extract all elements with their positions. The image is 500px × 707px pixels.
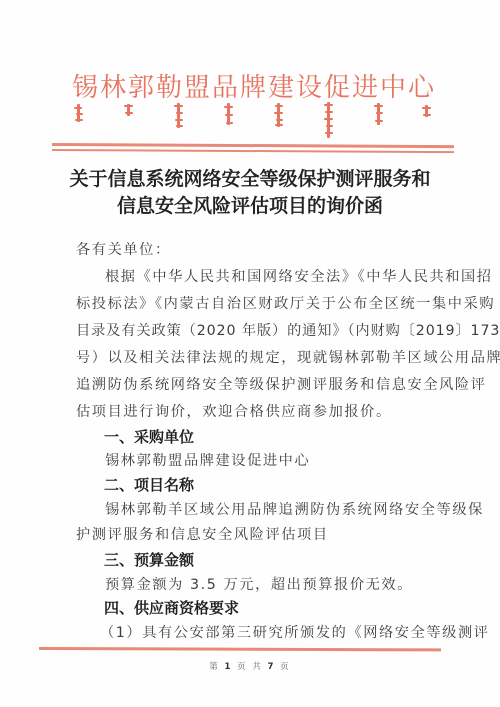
org-name-char: 盟	[184, 72, 210, 104]
section-heading-budget: 三、预算金额	[104, 550, 194, 570]
org-name-char: 郭	[128, 72, 154, 104]
section-heading-purchaser: 一、采购单位	[104, 427, 194, 447]
intro-line: 追溯防伪系统网络安全等级保护测评服务和信息安全风险评	[76, 375, 436, 395]
org-name-char: 林	[100, 72, 126, 104]
section-text-purchaser: 锡林郭勒盟品牌建设促进中心	[105, 451, 437, 471]
footer-divider	[39, 647, 441, 651]
org-name-char: 锡	[72, 72, 98, 104]
document-title-line-2: 信息安全风险评估项目的询价函	[60, 193, 440, 220]
current-page-number: 1	[225, 662, 233, 672]
org-name-char: 牌	[240, 72, 266, 104]
intro-line: 号）以及相关法律法规的规定，现就锡林郭勒羊区域公用品牌	[76, 348, 436, 368]
org-name-char: 勒	[156, 72, 182, 104]
section-text-project-name: 护测评服务和信息安全风险评估项目	[76, 525, 436, 545]
org-name-char: 设	[296, 72, 322, 104]
org-name-char: 建	[268, 72, 294, 104]
page-number-footer: 第 1 页 共 7 页	[0, 660, 500, 672]
section-heading-supplier-requirements: 四、供应商资格要求	[104, 598, 239, 618]
letterhead-divider-thin	[52, 149, 454, 153]
section-text-project-name: 锡林郭勒羊区域公用品牌追溯防伪系统网络安全等级保	[105, 500, 437, 520]
org-name-char: 进	[352, 72, 378, 104]
letterhead-mongolian-script	[72, 102, 434, 142]
total-page-count: 7	[268, 662, 276, 672]
salutation: 各有关单位：	[76, 240, 436, 260]
intro-line: 根据《中华人民共和国网络安全法》《中华人民共和国招	[105, 267, 437, 287]
org-name-char: 中	[380, 72, 406, 104]
footer-prefix: 第	[209, 662, 220, 672]
intro-line: 标投标法》《内蒙古自治区财政厅关于公布全区统一集中采购	[76, 294, 436, 314]
letterhead-divider-thick	[52, 143, 454, 148]
section-text-supplier-requirements: （1）具有公安部第三研究所颁发的《网络安全等级测评	[100, 623, 460, 643]
section-text-budget: 预算金额为 3.5 万元，超出预算报价无效。	[105, 575, 437, 595]
intro-line: 估项目进行询价，欢迎合格供应商参加报价。	[76, 402, 436, 422]
footer-middle: 页 共	[237, 662, 263, 672]
intro-line: 目录及有关政策（2020 年版）的通知》（内财购〔2019〕1733	[76, 321, 436, 341]
section-heading-project-name: 二、项目名称	[104, 475, 194, 495]
letterhead-org-name: 锡 林 郭 勒 盟 品 牌 建 设 促 进 中 心	[72, 72, 434, 104]
document-page: 锡 林 郭 勒 盟 品 牌 建 设 促 进 中 心	[0, 0, 500, 707]
document-title-line-1: 关于信息系统网络安全等级保护测评服务和	[60, 166, 440, 193]
org-name-char: 心	[408, 72, 434, 104]
org-name-char: 促	[324, 72, 350, 104]
footer-suffix: 页	[280, 662, 291, 672]
org-name-char: 品	[212, 72, 238, 104]
